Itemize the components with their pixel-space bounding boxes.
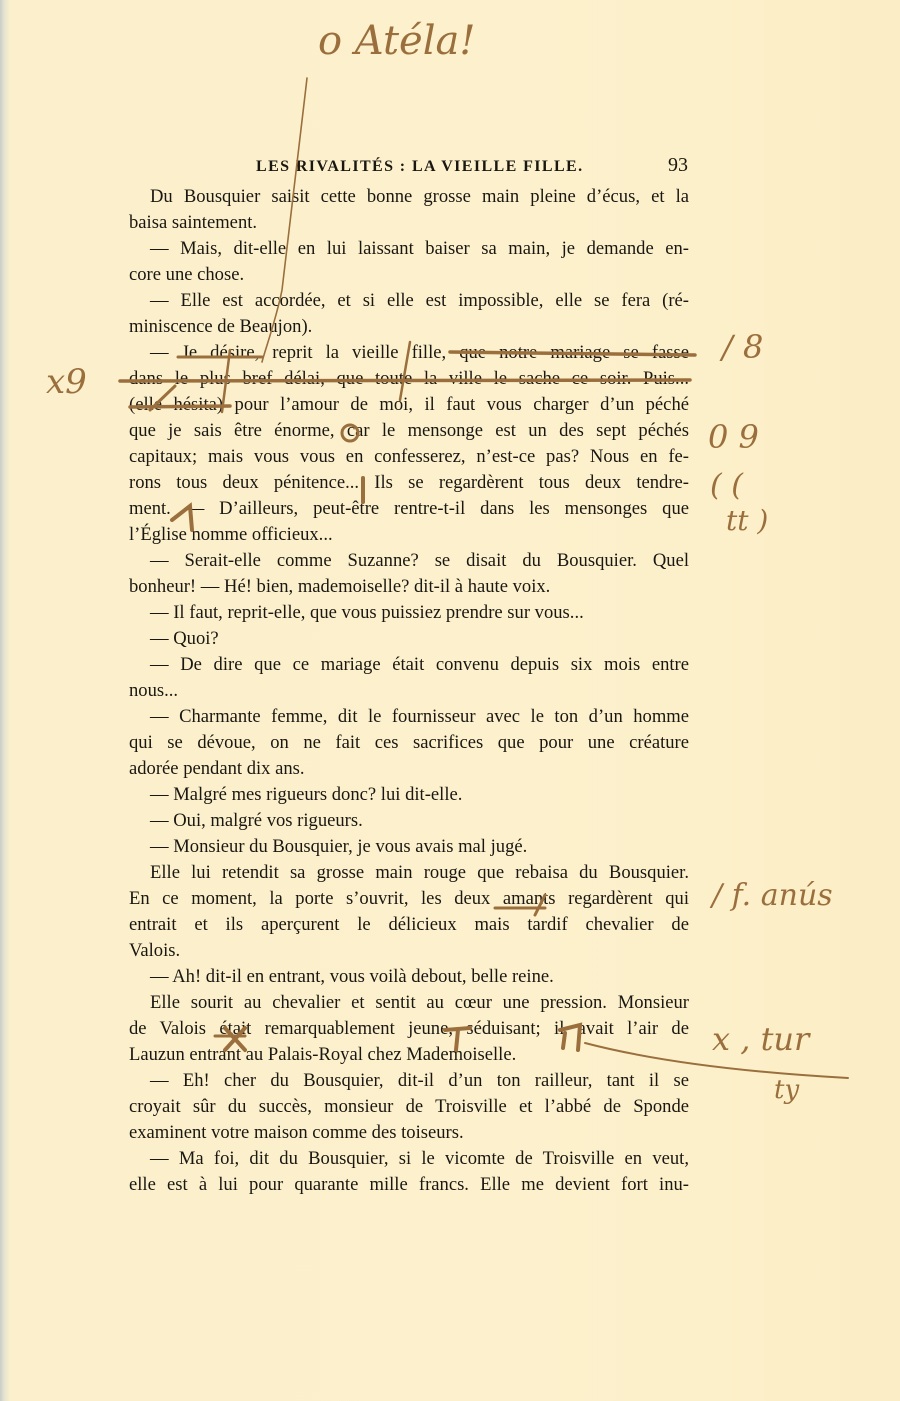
text-line: croyait sûr du succès, monsieur de Trois… bbox=[129, 1094, 689, 1120]
text-line: que je sais être énorme, car le mensonge… bbox=[129, 418, 689, 444]
text-line: bonheur! — Hé! bien, mademoiselle? dit-i… bbox=[129, 574, 689, 600]
text-line: — Serait-elle comme Suzanne? se disait d… bbox=[129, 548, 689, 574]
text-line: — Je désire, reprit la vieille fille, qu… bbox=[129, 340, 689, 366]
text-line: entrait et ils aperçurent le délicieux m… bbox=[129, 912, 689, 938]
text-line: core une chose. bbox=[129, 262, 689, 288]
text-line: — Charmante femme, dit le fournisseur av… bbox=[129, 704, 689, 730]
annotation-top: o Atéla! bbox=[318, 18, 475, 64]
text-line: — Eh! cher du Bousquier, dit-il d’un ton… bbox=[129, 1068, 689, 1094]
text-line: l’Église nomme officieux... bbox=[129, 522, 689, 548]
text-line: — Elle est accordée, et si elle est impo… bbox=[129, 288, 689, 314]
text-line: Valois. bbox=[129, 938, 689, 964]
text-line: adorée pendant dix ans. bbox=[129, 756, 689, 782]
annotation-right-7: ty bbox=[774, 1075, 799, 1105]
text-line: — Malgré mes rigueurs donc? lui dit-elle… bbox=[129, 782, 689, 808]
text-line: examinent votre maison comme des toiseur… bbox=[129, 1120, 689, 1146]
text-line: Elle sourit au chevalier et sentit au cœ… bbox=[129, 990, 689, 1016]
text-line: — Quoi? bbox=[129, 626, 689, 652]
text-line: baisa saintement. bbox=[129, 210, 689, 236]
text-line: elle est à lui pour quarante mille franc… bbox=[129, 1172, 689, 1198]
annotation-right-3: ( ( bbox=[710, 468, 743, 503]
annotation-right-2: 0 9 bbox=[708, 418, 759, 456]
text-line: — Oui, malgré vos rigueurs. bbox=[129, 808, 689, 834]
running-head: LES RIVALITÉS : LA VIEILLE FILLE. 93 bbox=[256, 152, 688, 182]
annotation-left-margin: x9 bbox=[46, 362, 87, 402]
annotation-right-5: / f. anús bbox=[712, 878, 833, 913]
text-line: Lauzun entrant au Palais-Royal chez Made… bbox=[129, 1042, 689, 1068]
text-line: — Il faut, reprit-elle, que vous puissie… bbox=[129, 600, 689, 626]
body-text: Du Bousquier saisit cette bonne grosse m… bbox=[129, 184, 689, 1198]
text-line: En ce moment, la porte s’ouvrit, les deu… bbox=[129, 886, 689, 912]
text-line: Elle lui retendit sa grosse main rouge q… bbox=[129, 860, 689, 886]
text-line: dans le plus bref délai, que toute la vi… bbox=[129, 366, 689, 392]
text-line: — De dire que ce mariage était convenu d… bbox=[129, 652, 689, 678]
text-line: Du Bousquier saisit cette bonne grosse m… bbox=[129, 184, 689, 210]
text-line: — Ah! dit-il en entrant, vous voilà debo… bbox=[129, 964, 689, 990]
page-number: 93 bbox=[668, 154, 688, 177]
annotation-right-4: tt ) bbox=[726, 504, 768, 537]
text-line: nous... bbox=[129, 678, 689, 704]
text-line: rons tous deux pénitence... Ils se regar… bbox=[129, 470, 689, 496]
text-line: de Valois était remarquablement jeune, s… bbox=[129, 1016, 689, 1042]
annotation-right-6: x , tur bbox=[712, 1020, 809, 1058]
text-line: capitaux; mais vous vous en confesserez,… bbox=[129, 444, 689, 470]
text-line: qui se dévoue, on ne fait ces sacrifices… bbox=[129, 730, 689, 756]
annotation-right-1: / 8 bbox=[722, 328, 763, 366]
text-line: — Monsieur du Bousquier, je vous avais m… bbox=[129, 834, 689, 860]
chapter-title: LES RIVALITÉS : LA VIEILLE FILLE. bbox=[256, 158, 584, 176]
text-line: miniscence de Beaujon). bbox=[129, 314, 689, 340]
book-page: LES RIVALITÉS : LA VIEILLE FILLE. 93 Du … bbox=[0, 0, 900, 1401]
text-line: — Ma foi, dit du Bousquier, si le vicomt… bbox=[129, 1146, 689, 1172]
text-line: — Mais, dit-elle en lui laissant baiser … bbox=[129, 236, 689, 262]
text-line: (elle hésita) pour l’amour de moi, il fa… bbox=[129, 392, 689, 418]
text-line: ment. — D’ailleurs, peut-être rentre-t-i… bbox=[129, 496, 689, 522]
